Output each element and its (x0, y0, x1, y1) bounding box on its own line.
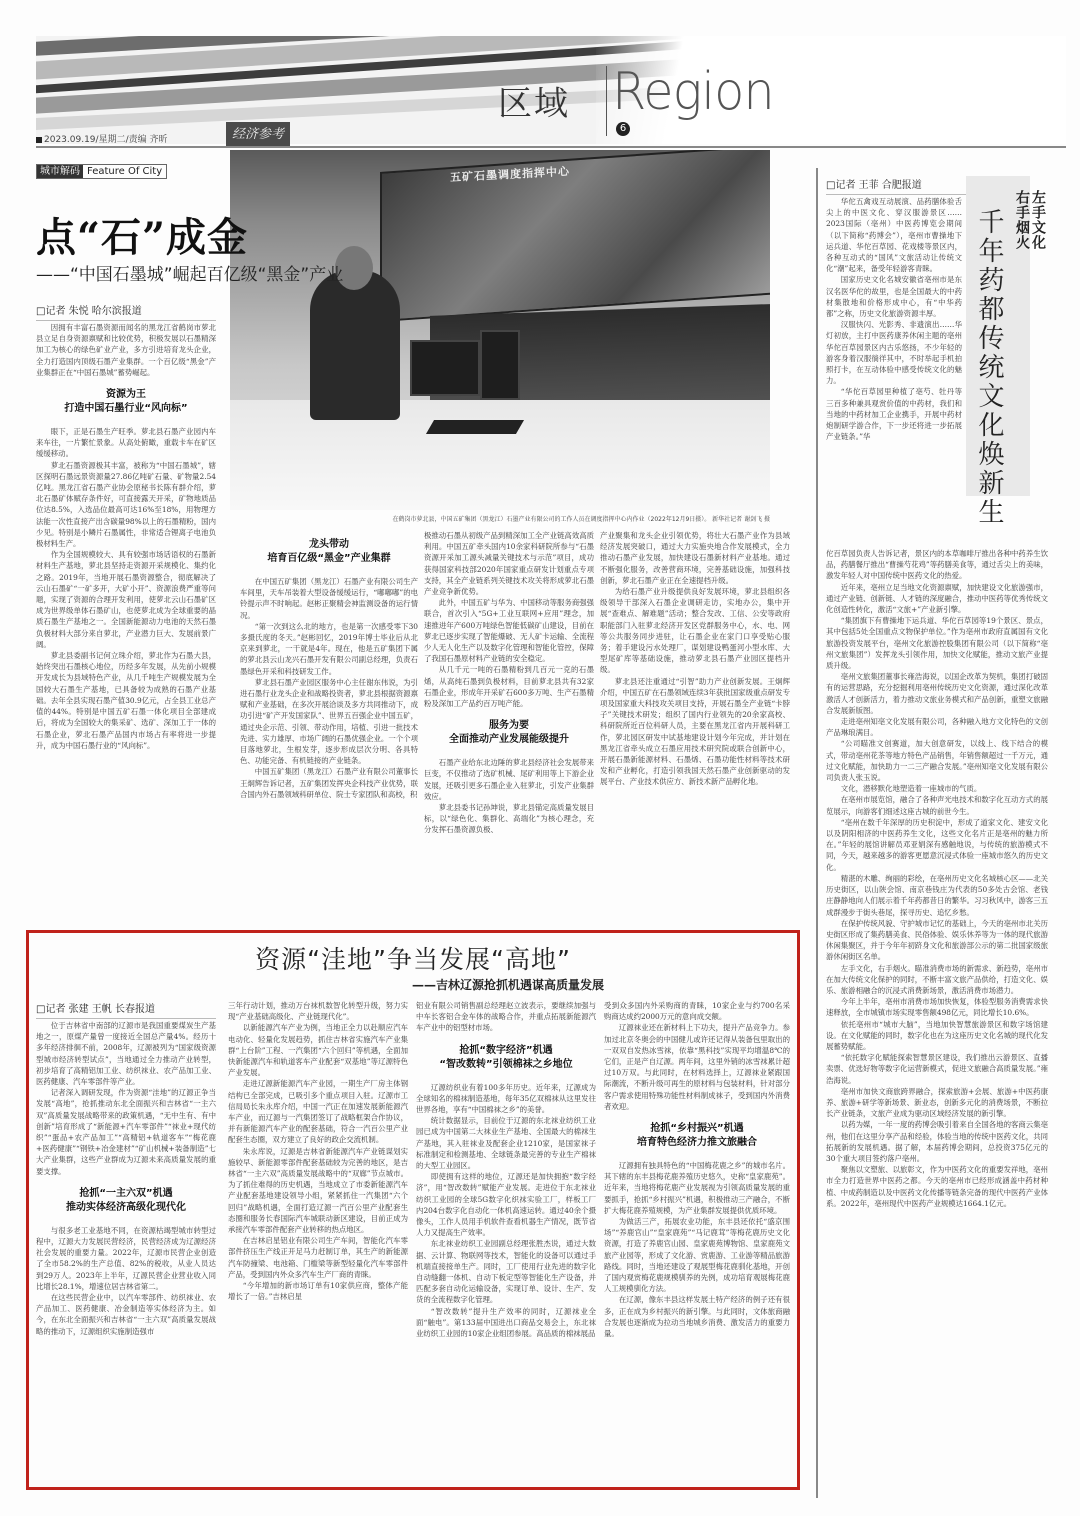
paragraph: 近年来，亳州立足当地文化资源禀赋，加快建设文化旅游强市，通过产业链、创新链、人才… (826, 582, 1048, 616)
article2-subheading-2: 抢抓“数字经济”机遇“智改数转”引领棉袜之乡地位 (416, 1044, 596, 1072)
section-title-cn: 区域 (498, 76, 570, 125)
paragraph: “依托数字化赋能探索智慧景区建设，我们推出云游景区、直播卖票、优选好物等数字化运… (826, 1052, 1048, 1086)
masthead-banner: 区域 Region 6 (36, 36, 1066, 144)
paragraph: 走进辽源新能源汽车产业园，一期生产厂房主体钢结构已全部完成，已吸引多个重点项目入… (228, 1078, 408, 1145)
article1-subheading-1: 资源为王打造中国石墨行业“风向标” (36, 388, 216, 416)
paragraph: 以新能源汽车产业为例，当地正全力以赴顺应汽车电动化、轻量化发展趋势，抓住吉林省实… (228, 1022, 408, 1078)
paragraph: 左手文化，右手烟火。瞄准消费市场的新需求、新趋势，亳州市在加大传统文化保护的同时… (826, 963, 1048, 997)
paragraph: 亳州文旅集团董事长雍浩海说，以国企改革为契机，集团打破固有的运营思路，充分挖掘利… (826, 671, 1048, 716)
article1-column-1: 因拥有丰富石墨资源而闻名的黑龙江省鹤岗市萝北县立足自身资源禀赋和比较优势，积极发… (36, 322, 216, 751)
paragraph: 即使拥有这样的地位，辽源还是加快拥抱“数字经济”，用“智改数转”赋能产业发展。走… (416, 1171, 596, 1238)
paragraph: 在这些民营企业中，以汽车零部件、纺织袜业、农产品加工、医药健康、冶金制造等实体经… (36, 1292, 216, 1337)
date-line: 2023.09.19/星期二/责编 齐昕 (36, 132, 167, 145)
article2-subheading-3: 抢抓“乡村振兴”机遇培育特色经济力推文旅融合 (604, 1122, 790, 1150)
paragraph: “集团旗下有曹操地下运兵道、华佗百草园等19个景区、景点，其中包括5处全国重点文… (826, 615, 1048, 671)
paragraph: 佗百草园负责人告诉记者，景区内的本草咖啡厅推出各种中药养生饮品，药膳餐厅推出“曹… (826, 548, 1048, 582)
paragraph: 三年行动计划，推动万台袜机数智化转型升级，努力实现“产业基础高级化、产业链现代化… (228, 1000, 408, 1022)
paragraph: “亳州在数千年深厚的历史积淀中，形成了道家文化、建安文化以及阴阳相济的中医药养生… (826, 817, 1048, 873)
paragraph: 极推动石墨从初级产品到精深加工全产业链高效高质利用。中国五矿牵头国内10余家科研… (424, 530, 594, 597)
article3-byline: 记者 王菲 合肥报道 (826, 176, 966, 195)
page-number: 6 (616, 122, 630, 136)
article1-headline: 点“石”成金 (36, 206, 248, 263)
paragraph: 在亳州市展览馆，融合了各种声光电技术和数字化互动方式的展览展示，向游客们细述这座… (826, 794, 1048, 816)
article3-column-wide: 佗百草园负责人告诉记者，景区内的本草咖啡厅推出各种中药养生饮品，药膳餐厅推出“曹… (826, 548, 1048, 1209)
paragraph: 为给石墨产业升级提供良好发展环境，萝北县组织各级领导干部深入石墨企业调研走访，实… (600, 586, 790, 676)
paragraph: “华佗百草园里种植了亳芍、牡丹等三百多种兼具观赏价值的中药材，我们和当地的中药材… (826, 386, 962, 442)
paragraph: 今年上半年，亳州市消费市场加快恢复，体验型服务消费需求快速释放，全市城镇市场实现… (826, 996, 1048, 1018)
paragraph: 萝北县石墨产业园区服务中心主任谢东伟说，为引进石墨行业龙头企业和战略投资者，萝北… (240, 677, 418, 767)
paragraph: 此外，中国五矿与华为、中国移动等服务商强强联合，首次引入“5G+工业互联网+应用… (424, 597, 594, 664)
article1-column-4: 产业聚集和龙头企业引领优势，将壮大石墨产业作为县域经济发展突破口，通过大力实施央… (600, 530, 790, 788)
paragraph: 走进亳州知亳文化发展有限公司，各种融入地方文化特色的文创产品琳琅满目。 (826, 716, 1048, 738)
news-photo: 五矿石墨调度指挥中心 (230, 150, 770, 510)
paragraph: 在保护传统风貌、守护城市记忆的基础上，今天的亳州市北关历史街区形成了集药膳美食、… (826, 918, 1048, 963)
paragraph: 萝北县委副书记何立珠介绍，萝北作为石墨大县，始终突出石墨核心地位，历经多年发展，… (36, 650, 216, 751)
paragraph: 亳州市加快文商旅跨界融合，探索旅游+会展、旅游+中医药康养、旅游+研学等新场景、… (826, 1086, 1048, 1120)
section-title-en: Region (612, 62, 774, 122)
article1-subheading-2: 龙头带动培育百亿级“黑金”产业集群 (240, 538, 418, 566)
paragraph: 朱永库说，辽源是吉林省新能源汽车产业链谋划实施较早、新能源零部件配套基础较为完善… (228, 1146, 408, 1236)
paragraph: 眼下，正是石墨生产旺季。萝北县石墨产业园内车来车往，一片繁忙景象。从高处俯瞰，重… (36, 426, 216, 460)
paragraph: 中国五矿集团（黑龙江）石墨产业有限公司董事长王炯辉告诉记者，五矿集团发挥央企科技… (240, 766, 418, 800)
paragraph: 受到众多国内外采购商的青睐，10家企业与约700名采购商达成约2000万元的意向… (604, 1000, 790, 1022)
paragraph: 以药为媒，一年一度的药博会吸引着来自全国各地的客商云集亳州，他们在这里分享产品和… (826, 1119, 1048, 1164)
paragraph: 汉服快闪、光影秀、非遗演出……华灯初放，主打中医药康养休闲主题的亳州华佗百草园景… (826, 319, 962, 386)
article3-kicker: 左手文化右手烟火 (1014, 190, 1046, 250)
paragraph: 为做活三产，拓展农业功能，东丰县还依托“盛京围场”“养鹿官山”“皇家鹿苑”“马记… (604, 1216, 790, 1294)
paragraph: “第一次到这么北的地方，也是第一次感受零下30多摄氏度的冬天。”赵彬回忆，201… (240, 621, 418, 677)
divider (606, 66, 607, 136)
paragraph: 在中国五矿集团（黑龙江）石墨产业有限公司生产车间里，天车吊装着大型设备缓缓运行，… (240, 576, 418, 621)
paragraph: 辽源拥有独具特色的“中国梅花鹿之乡”的城市名片。其下辖的东丰县梅花鹿养殖历史悠久… (604, 1160, 790, 1216)
dispatch-screen (380, 150, 770, 322)
paragraph: 文化，潜移默化地塑造着一座城市的气质。 (826, 783, 1048, 794)
article2-column-3: 铝业有限公司销售副总经理赵立波表示，要继续加强与中车长客铝合金车体的战略合作，并… (416, 1000, 596, 1339)
paragraph: “智改数转”提升生产效率的同时，辽源袜业全面“触电”。第133届中国进出口商品交… (416, 1306, 596, 1340)
article2-column-1: 位于吉林省中南部的辽源市是我国重要煤炭生产基地之一，原煤产量曾一度接近全国总产量… (36, 1020, 216, 1337)
paragraph: 萝北县还注重通过“引智”助力产业创新发展。王炯辉介绍，中国五矿在石墨领域连续3年… (600, 676, 790, 788)
paragraph: 华佗五禽戏互动展演、品药膳体验舌尖上的中医文化、穿汉服游景区……2023国际（亳… (826, 196, 962, 274)
paragraph: 萝北石墨资源极其丰富，被称为“中国石墨城”，辖区探明石墨远景资源量27.86亿吨… (36, 460, 216, 550)
paragraph: 因拥有丰富石墨资源而闻名的黑龙江省鹤岗市萝北县立足自身资源禀赋和比较优势，积极发… (36, 322, 216, 378)
paragraph: 记者深入调研发现，作为资源“洼地”的辽源正争当发展“高地”，抢抓推动东北全面振兴… (36, 1087, 216, 1177)
paragraph: 精湛的木雕、绚丽的彩绘，在亳州历史文化名城核心区——北关历史街区，以山陕会馆、南… (826, 873, 1048, 918)
article3-column-narrow: 华佗五禽戏互动展演、品药膳体验舌尖上的中医文化、穿汉服游景区……2023国际（亳… (826, 196, 962, 442)
paragraph: 在吉林启星铝业有限公司生产车间，智能化汽车零部件挤压生产线正开足马力赶制订单，其… (228, 1235, 408, 1280)
paper-logo: 经济参考报 (226, 122, 290, 148)
article2-column-4: 受到众多国内外采购商的青睐，10家企业与约700名采购商达成约2000万元的意向… (604, 1000, 790, 1339)
newspaper-page: 区域 Region 6 2023.09.19/星期二/责编 齐昕 经济参考报 城… (0, 0, 1080, 1516)
article1-subheadline: ——“中国石墨城”崛起百亿级“黑金”产业 (36, 260, 343, 285)
paragraph: 产业聚集和龙头企业引领优势，将壮大石墨产业作为县域经济发展突破口，通过大力实施央… (600, 530, 790, 586)
article1-subheading-3: 服务为要全面推动产业发展能级提升 (424, 719, 594, 747)
paragraph: 石墨产业给东北边陲的萝北县经济社会发展带来巨变，不仅推动了选矿机械、尾矿利用等上… (424, 757, 594, 802)
paragraph: “今年增加的新市场订单有10家供应商，整体产能增长了一倍。”吉林启星 (228, 1280, 408, 1302)
article1-column-2: 龙头带动培育百亿级“黑金”产业集群 在中国五矿集团（黑龙江）石墨产业有限公司生产… (240, 530, 418, 800)
article2-subheading-1: 抢抓“一主六双”机遇推动实体经济高级化现代化 (36, 1187, 216, 1215)
paragraph: 聚焦以文塑旅、以旅彰文，作为中医药文化的重要发祥地，亳州市全力打造世界中医药之都… (826, 1164, 1048, 1209)
article1-column-3: 极推动石墨从初级产品到精深加工全产业链高效高质利用。中国五矿牵头国内10余家科研… (424, 530, 594, 836)
paragraph: 在辽源，像东丰县这样发展土特产经济的例子还有很多，正在成为乡村振兴的新引擎。与此… (604, 1294, 790, 1339)
paragraph: 铝业有限公司销售副总经理赵立波表示，要继续加强与中车长客铝合金车体的战略合作，并… (416, 1000, 596, 1034)
article1-byline: 记者 朱悦 哈尔滨报道 (36, 302, 216, 321)
paragraph: 作为全国规模较大、具有较强市场话语权的石墨新材料生产基地，萝北县坚持走资源开采规… (36, 549, 216, 650)
paragraph: “公司瞄准文创赛道，加大创意研发，以线上、线下结合的模式，带动亳州花茶等地方特色… (826, 738, 1048, 783)
feature-tag-cn: 城市解码 (37, 165, 83, 178)
top-rule (36, 146, 1066, 148)
paragraph: 依托亳州市“城市大脑”，当地加快智慧旅游景区和数字场馆建设。在文化赋能的同时，数… (826, 1019, 1048, 1053)
feature-tag-en: Feature Of City (83, 165, 166, 178)
paragraph: 与很多老工业基地不同，在资源枯竭型城市转型过程中，辽源大力发展民营经济，民营经济… (36, 1225, 216, 1292)
paragraph: 东北袜业纺织工业园副总经理张胜杰说，通过大数据、云计算、物联网等技术，智能化的设… (416, 1238, 596, 1305)
article2-subheadline: ——吉林辽源抢抓机遇谋高质量发展 (26, 976, 800, 993)
article3-headline: 千年药都传统文化焕新生 (974, 208, 1004, 527)
paragraph: 位于吉林省中南部的辽源市是我国重要煤炭生产基地之一，原煤产量曾一度接近全国总产量… (36, 1020, 216, 1087)
feature-tag: 城市解码 Feature Of City (36, 164, 167, 179)
article2-headline: 资源“洼地”争当发展“高地” (26, 940, 800, 976)
worker-figure (310, 270, 400, 420)
paragraph: 统计数据显示，目前位于辽源的东北袜业纺织工业园已成为中国第二大袜业生产基地、全国… (416, 1115, 596, 1171)
paragraph: 从几千元一吨的石墨精粉到几百元一克的石墨烯，从高纯石墨到负极材料，目前萝北县共有… (424, 664, 594, 709)
article2-byline: 记者 张建 王帆 长春报道 (36, 1000, 216, 1019)
photo-caption: 在鹤岗市萝北县，中国五矿集团（黑龙江）石墨产业有限公司的工作人员在调度指挥中心内… (236, 514, 770, 523)
article2-column-2: 三年行动计划，推动万台袜机数智化转型升级，努力实现“产业基础高级化、产业链现代化… (228, 1000, 408, 1302)
paragraph: 辽源纺织业有着100多年历史。近年来，辽源成为全球知名的棉袜制造基地，每年35亿… (416, 1082, 596, 1116)
paragraph: 国家历史文化名城安徽省亳州市是东汉名医华佗的故里，也是全国最大的中药材集散地和价… (826, 274, 962, 319)
paragraph: 辽源袜业还在新材料上下功夫，提升产品竞争力。参加过北京冬奥会的中国健儿或许还记得… (604, 1022, 790, 1112)
paragraph: 萝北县委书记孙坤说，萝北县锚定高质量发展目标，以“绿色化、集群化、高端化”为核心… (424, 802, 594, 836)
column-divider (816, 168, 818, 1498)
